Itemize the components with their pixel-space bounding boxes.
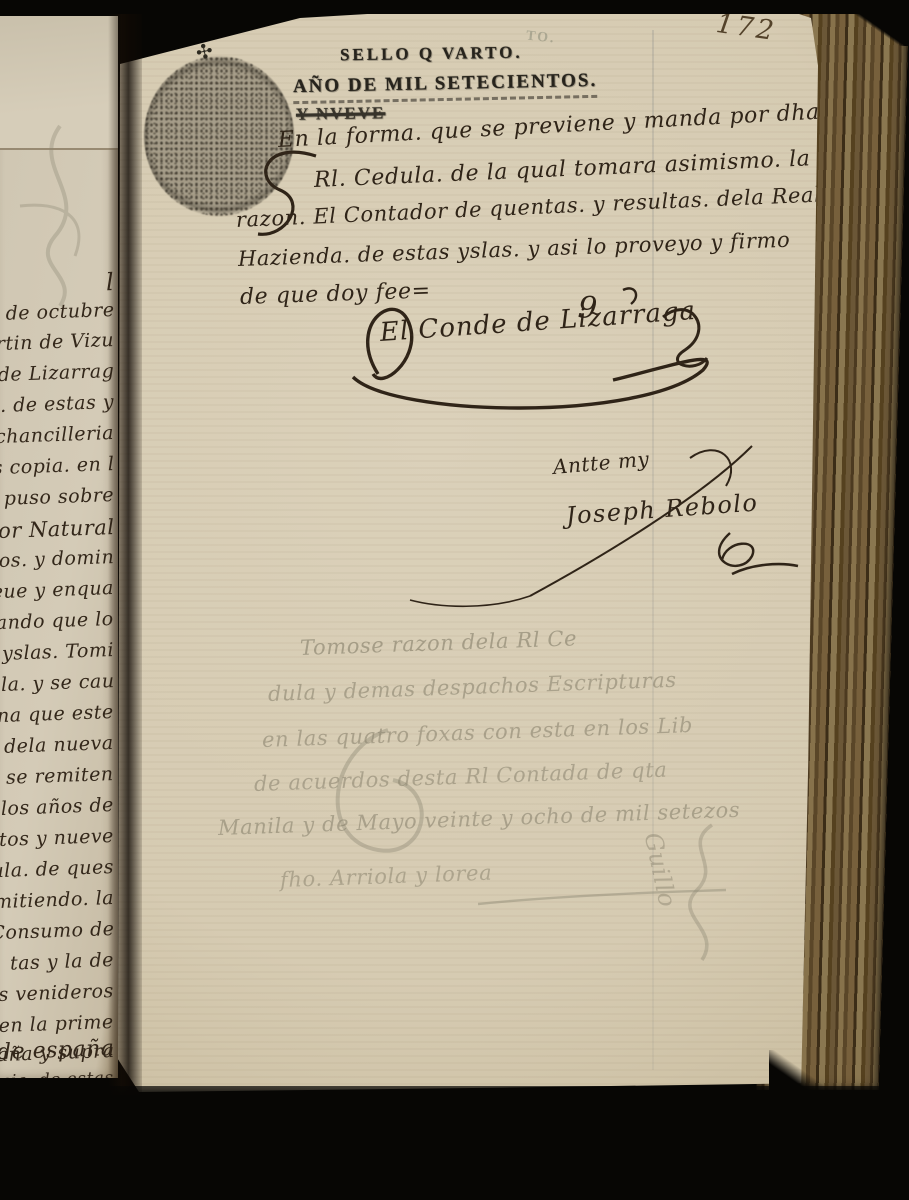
left-page-fragment: se remiten <box>6 763 114 789</box>
left-page-fragment: y puso sobre <box>0 484 114 510</box>
ghost-side-mark: Guillo <box>639 830 682 910</box>
backdrop-top <box>0 0 909 14</box>
backdrop-bottom-right <box>769 1050 909 1200</box>
stamp-line-nueve-struck: Y NVEVE <box>296 103 386 125</box>
manuscript-photo: l mes. de octubre Martin de Vizu nde de … <box>0 0 909 1200</box>
left-page-fragment: nos. y domin <box>0 546 114 572</box>
left-page-fragment: mitiendo. la <box>0 887 114 913</box>
notary-ante-mi: Antte my <box>552 447 650 479</box>
notary-name: Joseph Rebolo <box>565 489 759 530</box>
left-page-fragment: edula. de ques <box>0 856 114 883</box>
left-page-fragment: es copia. en l <box>0 453 114 480</box>
gutter-shadow <box>108 0 142 1095</box>
body-line-4: Hazienda. de estas yslas. y asi lo prove… <box>238 228 791 271</box>
left-page-fragment: nando que lo <box>0 608 114 635</box>
ink-seal <box>144 56 294 216</box>
signature-name: El Conde de Lizarraga <box>379 296 697 348</box>
left-page-fragment: or Natural <box>0 515 114 543</box>
body-line-5: de que doy fee= <box>240 278 431 310</box>
stamp-ghost-echo: TO. <box>525 29 556 48</box>
left-page-fragment: ial. de estas y <box>0 391 114 418</box>
left-page-fragment: de españa <box>0 1036 114 1065</box>
left-page-fragment: tos y nueve <box>0 825 114 851</box>
left-page-fragment: yslas. Tomi <box>2 639 115 665</box>
left-page-fragment: alos años de <box>0 794 114 820</box>
left-page-fragment: as en la prime <box>0 1011 114 1038</box>
signature-flourish-mark: 9 <box>577 290 599 326</box>
left-page-fragment: nde de Lizarrag <box>0 360 114 388</box>
left-page-fragment: los venideros <box>0 980 114 1007</box>
main-page: 172 ✣ SELLO Q VARTO. AÑO DE MIL SETECIEN… <box>118 0 818 1092</box>
left-page: l mes. de octubre Martin de Vizu nde de … <box>0 16 118 1078</box>
registration-note-line-4: de acuerdos desta Rl Contada de qta <box>254 758 668 796</box>
left-page-fragment: Martin de Vizu <box>0 329 114 356</box>
registration-note-underline <box>478 888 728 908</box>
left-page-fragment: la. y se cau <box>0 670 114 696</box>
backdrop-top-right <box>849 0 909 46</box>
stamp-line-sello-quarto: SELLO Q VARTO. <box>340 43 523 66</box>
left-page-fragment: tas y la de <box>10 949 115 975</box>
registration-note-line-2: dula y demas despachos Escripturas <box>268 668 678 706</box>
left-page-fragment: chancilleria <box>0 422 114 448</box>
registration-note-line-1: Tomose razon dela Rl Ce <box>300 626 578 660</box>
stamp-line-ano: AÑO DE MIL SETECIENTOS. <box>293 70 598 104</box>
left-page-fragment: caja. de estas <box>0 1068 114 1078</box>
paper-fold-line <box>652 30 654 1070</box>
registration-note-signature: fho. Arriola y lorea <box>280 861 493 892</box>
registration-note-line-3: en las quatro foxas con esta en los Lib <box>262 713 694 752</box>
left-page-fragment: na que este <box>0 701 114 727</box>
left-page-fragment: e Consumo de <box>0 918 114 945</box>
left-page-fragment: dela nueva <box>4 732 114 758</box>
ink-dash-stroke <box>730 560 800 578</box>
left-page-fragment: deue y enqua <box>0 577 114 604</box>
